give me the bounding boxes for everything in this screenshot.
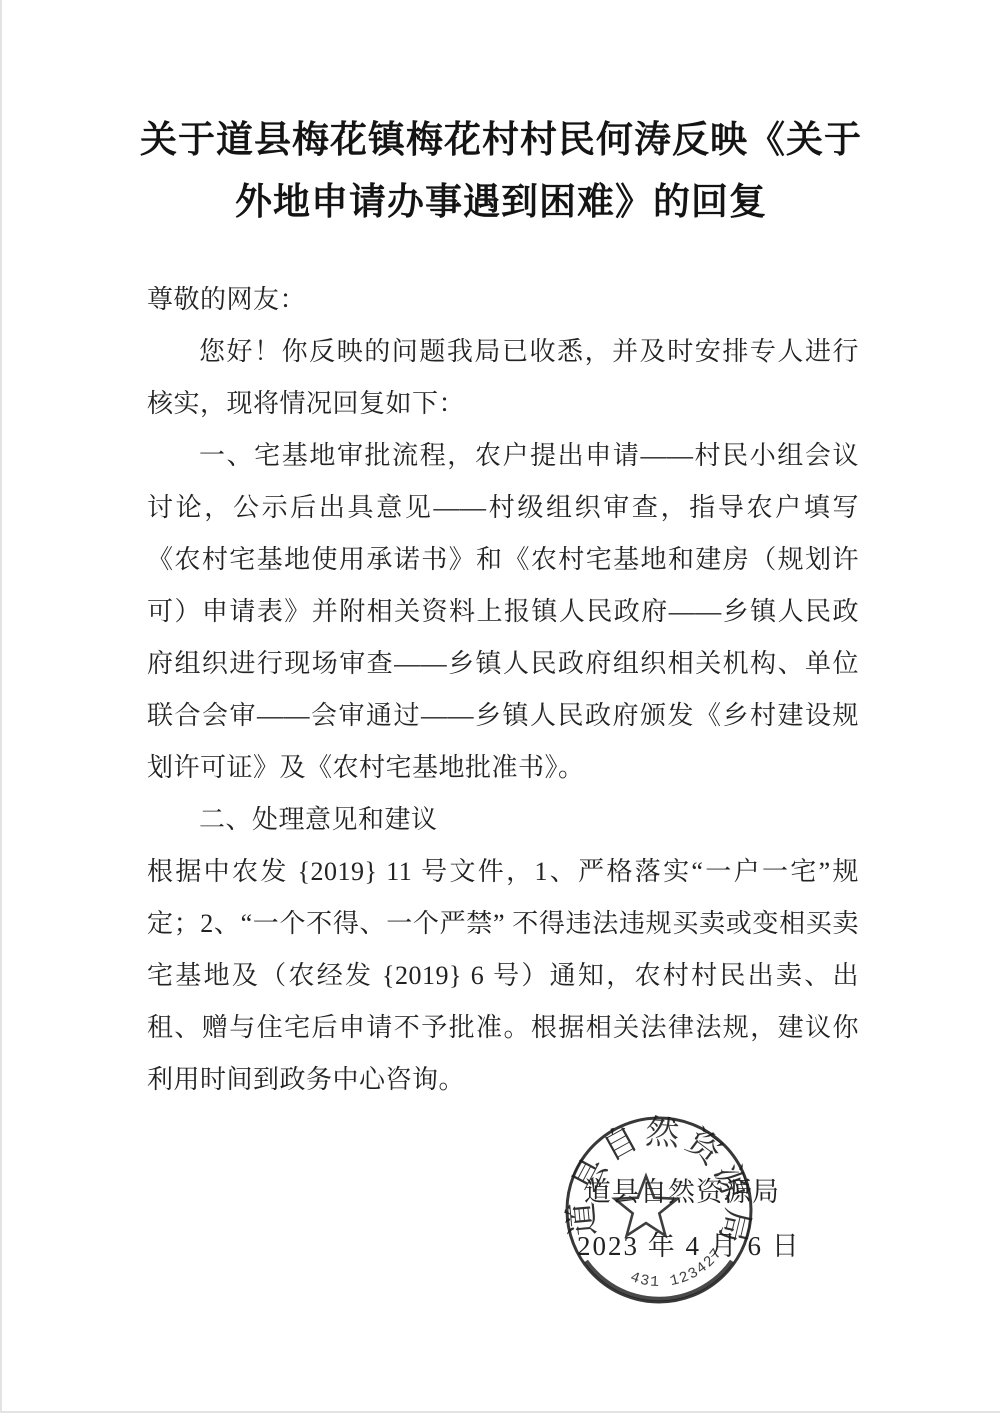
title-line-2: 外地申请办事遇到困难》的回复	[2, 172, 1000, 234]
document-body: 尊敬的网友： 您好！你反映的问题我局已收悉，并及时安排专人进行核实，现将情况回复…	[147, 274, 859, 1106]
paragraph-approval-process: 一、宅基地审批流程，农户提出申请——村民小组会议讨论，公示后出具意见——村级组织…	[147, 430, 859, 794]
salutation: 尊敬的网友：	[147, 274, 859, 326]
title-line-1: 关于道县梅花镇梅花村村民何涛反映《关于	[2, 110, 1000, 172]
paragraph-suggestion: 根据中农发 {2019} 11 号文件，1、严格落实“一户一宅”规定；2、“一个…	[147, 846, 859, 1106]
official-seal: 道县自然资源局 431 1234276	[554, 1108, 764, 1318]
seal-arc-text: 道县自然资源局	[562, 1113, 756, 1250]
document-page: 关于道县梅花镇梅花村村民何涛反映《关于 外地申请办事遇到困难》的回复 尊敬的网友…	[0, 0, 1000, 1413]
paragraph-greeting: 您好！你反映的问题我局已收悉，并及时安排专人进行核实，现将情况回复如下：	[147, 326, 859, 430]
seal-arc-text-container: 道县自然资源局	[562, 1113, 756, 1250]
document-title: 关于道县梅花镇梅花村村民何涛反映《关于 外地申请办事遇到困难》的回复	[2, 110, 1000, 234]
seal-star-icon	[615, 1176, 678, 1236]
paragraph-opinion-heading: 二、处理意见和建议	[147, 794, 859, 846]
